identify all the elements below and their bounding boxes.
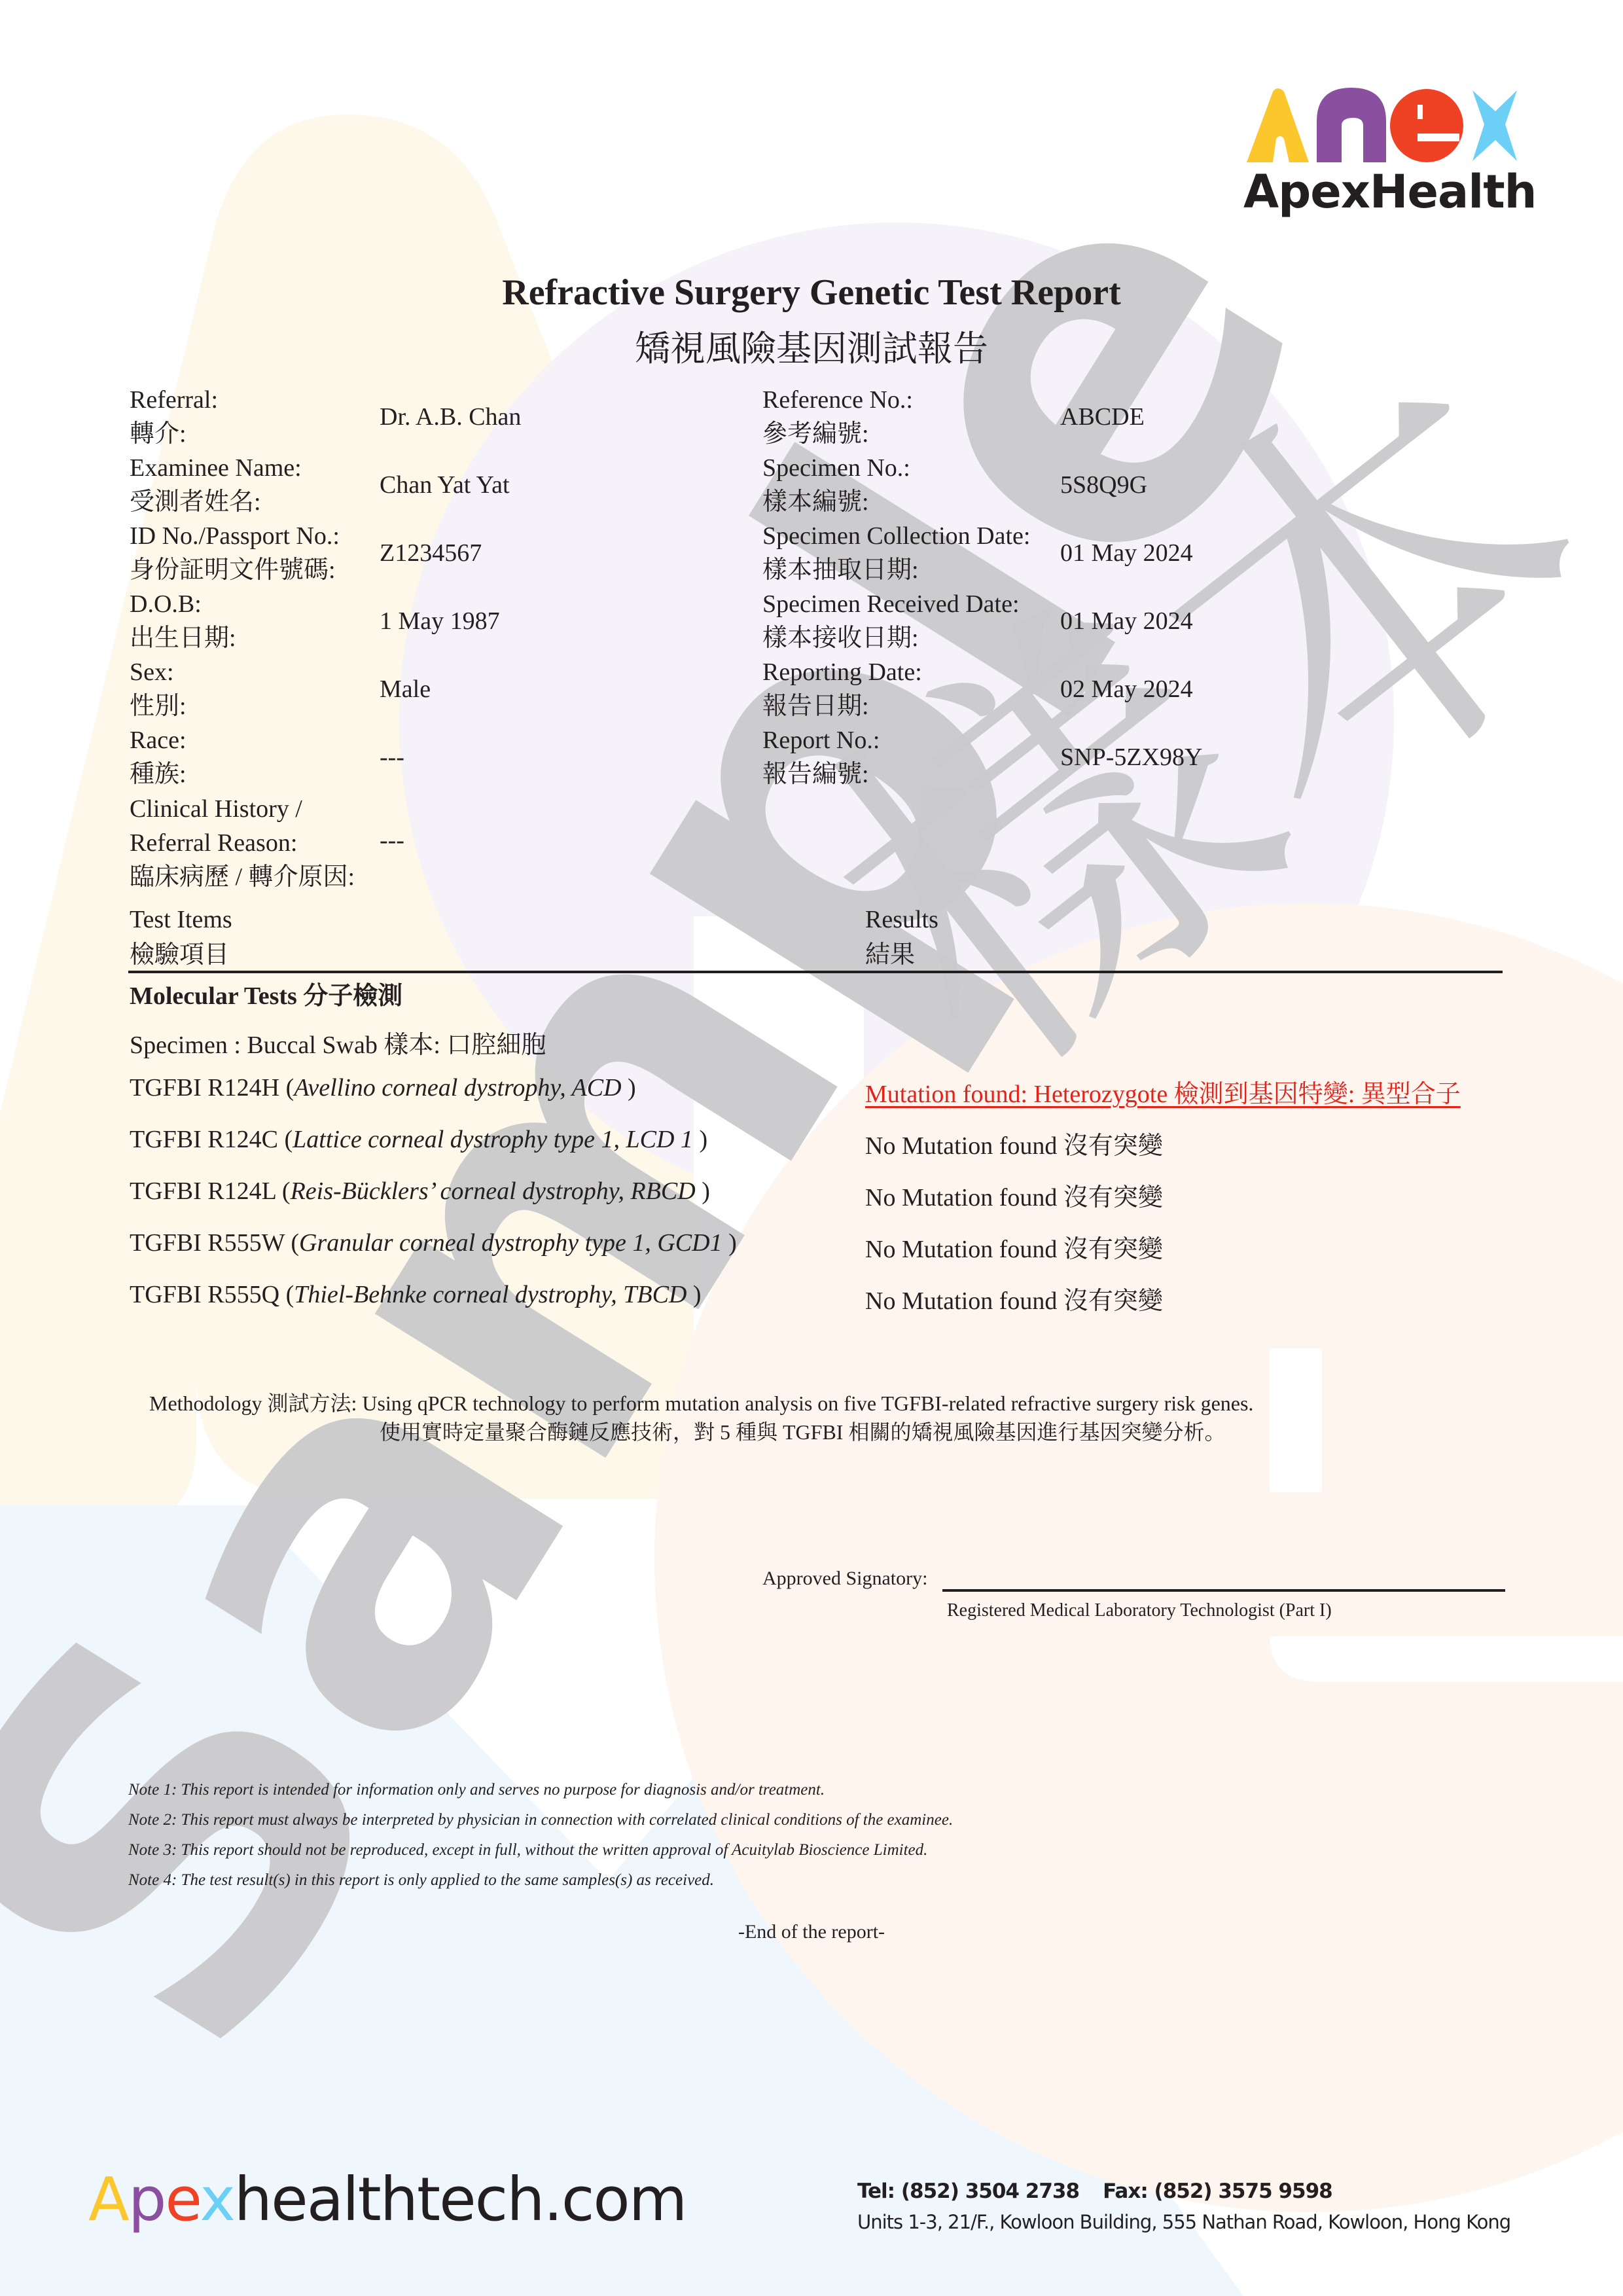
table-header-rule — [128, 971, 1503, 973]
column-header-test-items: Test Items 檢驗項目 — [130, 902, 232, 973]
patient-field-label-zh: 性別: — [130, 689, 187, 723]
site-letter-p: p — [128, 2164, 165, 2234]
patient-field-value: Chan Yat Yat — [380, 471, 510, 499]
specimen-field-label: Specimen Collection Date:樣本抽取日期: — [762, 519, 1030, 587]
test-item: TGFBI R124H (Avellino corneal dystrophy,… — [130, 1073, 636, 1102]
methodology: Methodology 測試方法: Using qPCR technology … — [149, 1389, 1253, 1446]
condition-name: Lattice corneal dystrophy type 1, LCD 1 — [293, 1126, 699, 1153]
specimen-field-value: SNP-5ZX98Y — [1060, 743, 1202, 772]
clinical-history-label: Clinical History / Referral Reason: 臨床病歷… — [130, 792, 355, 894]
patient-field-label: Race:種族: — [130, 723, 187, 791]
condition-name: Reis-Bücklers’ corneal dystrophy, RBCD — [291, 1177, 702, 1205]
gene-variant: TGFBI R555Q ( — [130, 1281, 294, 1308]
closing-paren: ) — [699, 1126, 707, 1153]
specimen-field-label-en: Reference No.: — [762, 383, 913, 417]
condition-name: Thiel-Behnke corneal dystrophy, TBCD — [294, 1281, 693, 1308]
patient-field-label: D.O.B:出生日期: — [130, 587, 236, 655]
clinical-history-value: --- — [380, 826, 404, 855]
note-item: Note 2: This report must always be inter… — [128, 1805, 953, 1835]
patient-field-value: Dr. A.B. Chan — [380, 403, 521, 431]
result-no-mutation: No Mutation found 沒有突變 — [865, 1280, 1163, 1316]
approved-signatory-label: Approved Signatory: — [762, 1568, 927, 1590]
apexhealth-logo: ApexHealth — [1243, 85, 1538, 229]
specimen-type: Specimen : Buccal Swab 樣本: 口腔細胞 — [130, 1024, 546, 1060]
patient-field-label: Examinee Name:受測者姓名: — [130, 451, 302, 519]
condition-name: Avellino corneal dystrophy, ACD — [294, 1074, 628, 1102]
closing-paren: ) — [628, 1074, 636, 1102]
specimen-field-label-en: Specimen No.: — [762, 451, 910, 485]
gene-variant: TGFBI R124H ( — [130, 1074, 294, 1102]
patient-field-value: Male — [380, 675, 431, 704]
specimen-field-label: Specimen Received Date:樣本接收日期: — [762, 587, 1020, 655]
specimen-field-label-en: Reporting Date: — [762, 655, 922, 689]
address: Units 1-3, 21/F., Kowloon Building, 555 … — [857, 2211, 1510, 2233]
clinical-history-label-line1: Clinical History / — [130, 792, 355, 826]
specimen-field-label: Specimen No.:樣本編號: — [762, 451, 910, 519]
apex-glyphs-icon — [1243, 85, 1525, 164]
specimen-field-label-zh: 報告日期: — [762, 689, 922, 723]
specimen-field-label-zh: 樣本接收日期: — [762, 621, 1020, 655]
patient-field-label-zh: 身份証明文件號碼: — [130, 553, 340, 587]
report-notes: Note 1: This report is intended for info… — [128, 1775, 953, 1895]
fax: Fax: (852) 3575 9598 — [1103, 2179, 1332, 2203]
site-letter-x: x — [200, 2164, 234, 2234]
specimen-field-label: Reference No.:參考編號: — [762, 383, 913, 451]
patient-field-value: Z1234567 — [380, 539, 482, 567]
note-item: Note 3: This report should not be reprod… — [128, 1835, 953, 1865]
methodology-label: Methodology 測試方法: — [149, 1391, 357, 1415]
site-letter-a: A — [88, 2164, 128, 2234]
specimen-field-label-zh: 報告編號: — [762, 757, 880, 791]
patient-field-label-zh: 轉介: — [130, 417, 218, 451]
gene-variant: TGFBI R124L ( — [130, 1177, 291, 1205]
specimen-field-value: 01 May 2024 — [1060, 539, 1193, 567]
specimen-field-label: Report No.:報告編號: — [762, 723, 880, 791]
closing-paren: ) — [728, 1229, 737, 1257]
patient-field-label-en: Race: — [130, 723, 187, 757]
patient-field-label-zh: 受測者姓名: — [130, 485, 302, 519]
gene-variant: TGFBI R555W ( — [130, 1229, 299, 1257]
results-header-zh: 結果 — [865, 937, 938, 973]
test-item: TGFBI R124L (Reis-Bücklers’ corneal dyst… — [130, 1177, 710, 1206]
patient-field-label: Sex:性別: — [130, 655, 187, 723]
methodology-text-zh: 使用實時定量聚合酶鏈反應技術，對 5 種與 TGFBI 相關的矯視風險基因進行基… — [149, 1418, 1253, 1446]
clinical-history-label-zh: 臨床病歷 / 轉介原因: — [130, 860, 355, 894]
logo-wordmark: ApexHealth — [1243, 169, 1538, 215]
signature-line — [942, 1589, 1505, 1592]
apex-logo-mark — [1243, 85, 1538, 164]
patient-field-label-en: D.O.B: — [130, 587, 236, 621]
specimen-field-label-en: Specimen Received Date: — [762, 587, 1020, 621]
test-items-header-en: Test Items — [130, 902, 232, 937]
patient-field-value: 1 May 1987 — [380, 607, 500, 636]
note-item: Note 4: The test result(s) in this repor… — [128, 1865, 953, 1895]
patient-field-value: --- — [380, 743, 404, 772]
specimen-field-value: 5S8Q9G — [1060, 471, 1147, 499]
patient-field-label-en: Sex: — [130, 655, 187, 689]
test-item: TGFBI R124C (Lattice corneal dystrophy t… — [130, 1125, 707, 1154]
end-of-report: -End of the report- — [0, 1921, 1623, 1943]
specimen-field-label-zh: 參考編號: — [762, 417, 913, 451]
specimen-field-value: ABCDE — [1060, 403, 1145, 431]
specimen-field-label-zh: 樣本抽取日期: — [762, 553, 1030, 587]
closing-paren: ) — [702, 1177, 710, 1205]
test-item: TGFBI R555Q (Thiel-Behnke corneal dystro… — [130, 1280, 702, 1309]
clinical-history-label-line2: Referral Reason: — [130, 826, 355, 860]
patient-field-label-zh: 種族: — [130, 757, 187, 791]
closing-paren: ) — [693, 1281, 702, 1308]
specimen-field-label-zh: 樣本編號: — [762, 485, 910, 519]
specimen-field-label-en: Report No.: — [762, 723, 880, 757]
result-no-mutation: No Mutation found 沒有突變 — [865, 1229, 1163, 1265]
result-mutation-found: Mutation found: Heterozygote 檢測到基因特變: 異型… — [865, 1073, 1461, 1109]
methodology-text-en: Using qPCR technology to perform mutatio… — [362, 1391, 1253, 1415]
specimen-field-label-en: Specimen Collection Date: — [762, 519, 1030, 553]
patient-field-label-en: Referral: — [130, 383, 218, 417]
results-header-en: Results — [865, 902, 938, 937]
patient-field-label-en: Examinee Name: — [130, 451, 302, 485]
section-molecular-tests: Molecular Tests 分子檢測 — [130, 975, 402, 1011]
report-title-zh: 矯視風險基因測試報告 — [0, 321, 1623, 371]
result-no-mutation: No Mutation found 沒有突變 — [865, 1177, 1163, 1213]
site-letter-e: e — [165, 2164, 200, 2234]
patient-field-label: Referral:轉介: — [130, 383, 218, 451]
telephone: Tel: (852) 3504 2738 — [857, 2179, 1079, 2203]
specimen-field-value: 01 May 2024 — [1060, 607, 1193, 636]
gene-variant: TGFBI R124C ( — [130, 1126, 293, 1153]
test-items-header-zh: 檢驗項目 — [130, 937, 232, 973]
note-item: Note 1: This report is intended for info… — [128, 1775, 953, 1805]
site-rest: healthtech.com — [234, 2164, 687, 2234]
website-link[interactable]: Apexhealthtech.com — [88, 2170, 686, 2230]
contact-info: Tel: (852) 3504 2738Fax: (852) 3575 9598… — [857, 2179, 1510, 2233]
signatory-title: Registered Medical Laboratory Technologi… — [947, 1600, 1332, 1621]
report-title-en: Refractive Surgery Genetic Test Report — [0, 272, 1623, 314]
patient-field-label: ID No./Passport No.:身份証明文件號碼: — [130, 519, 340, 587]
column-header-results: Results 結果 — [865, 902, 938, 973]
patient-field-label-zh: 出生日期: — [130, 621, 236, 655]
condition-name: Granular corneal dystrophy type 1, GCD1 — [299, 1229, 728, 1257]
test-item: TGFBI R555W (Granular corneal dystrophy … — [130, 1229, 737, 1257]
result-no-mutation: No Mutation found 沒有突變 — [865, 1125, 1163, 1161]
patient-field-label-en: ID No./Passport No.: — [130, 519, 340, 553]
specimen-field-value: 02 May 2024 — [1060, 675, 1193, 704]
specimen-field-label: Reporting Date:報告日期: — [762, 655, 922, 723]
